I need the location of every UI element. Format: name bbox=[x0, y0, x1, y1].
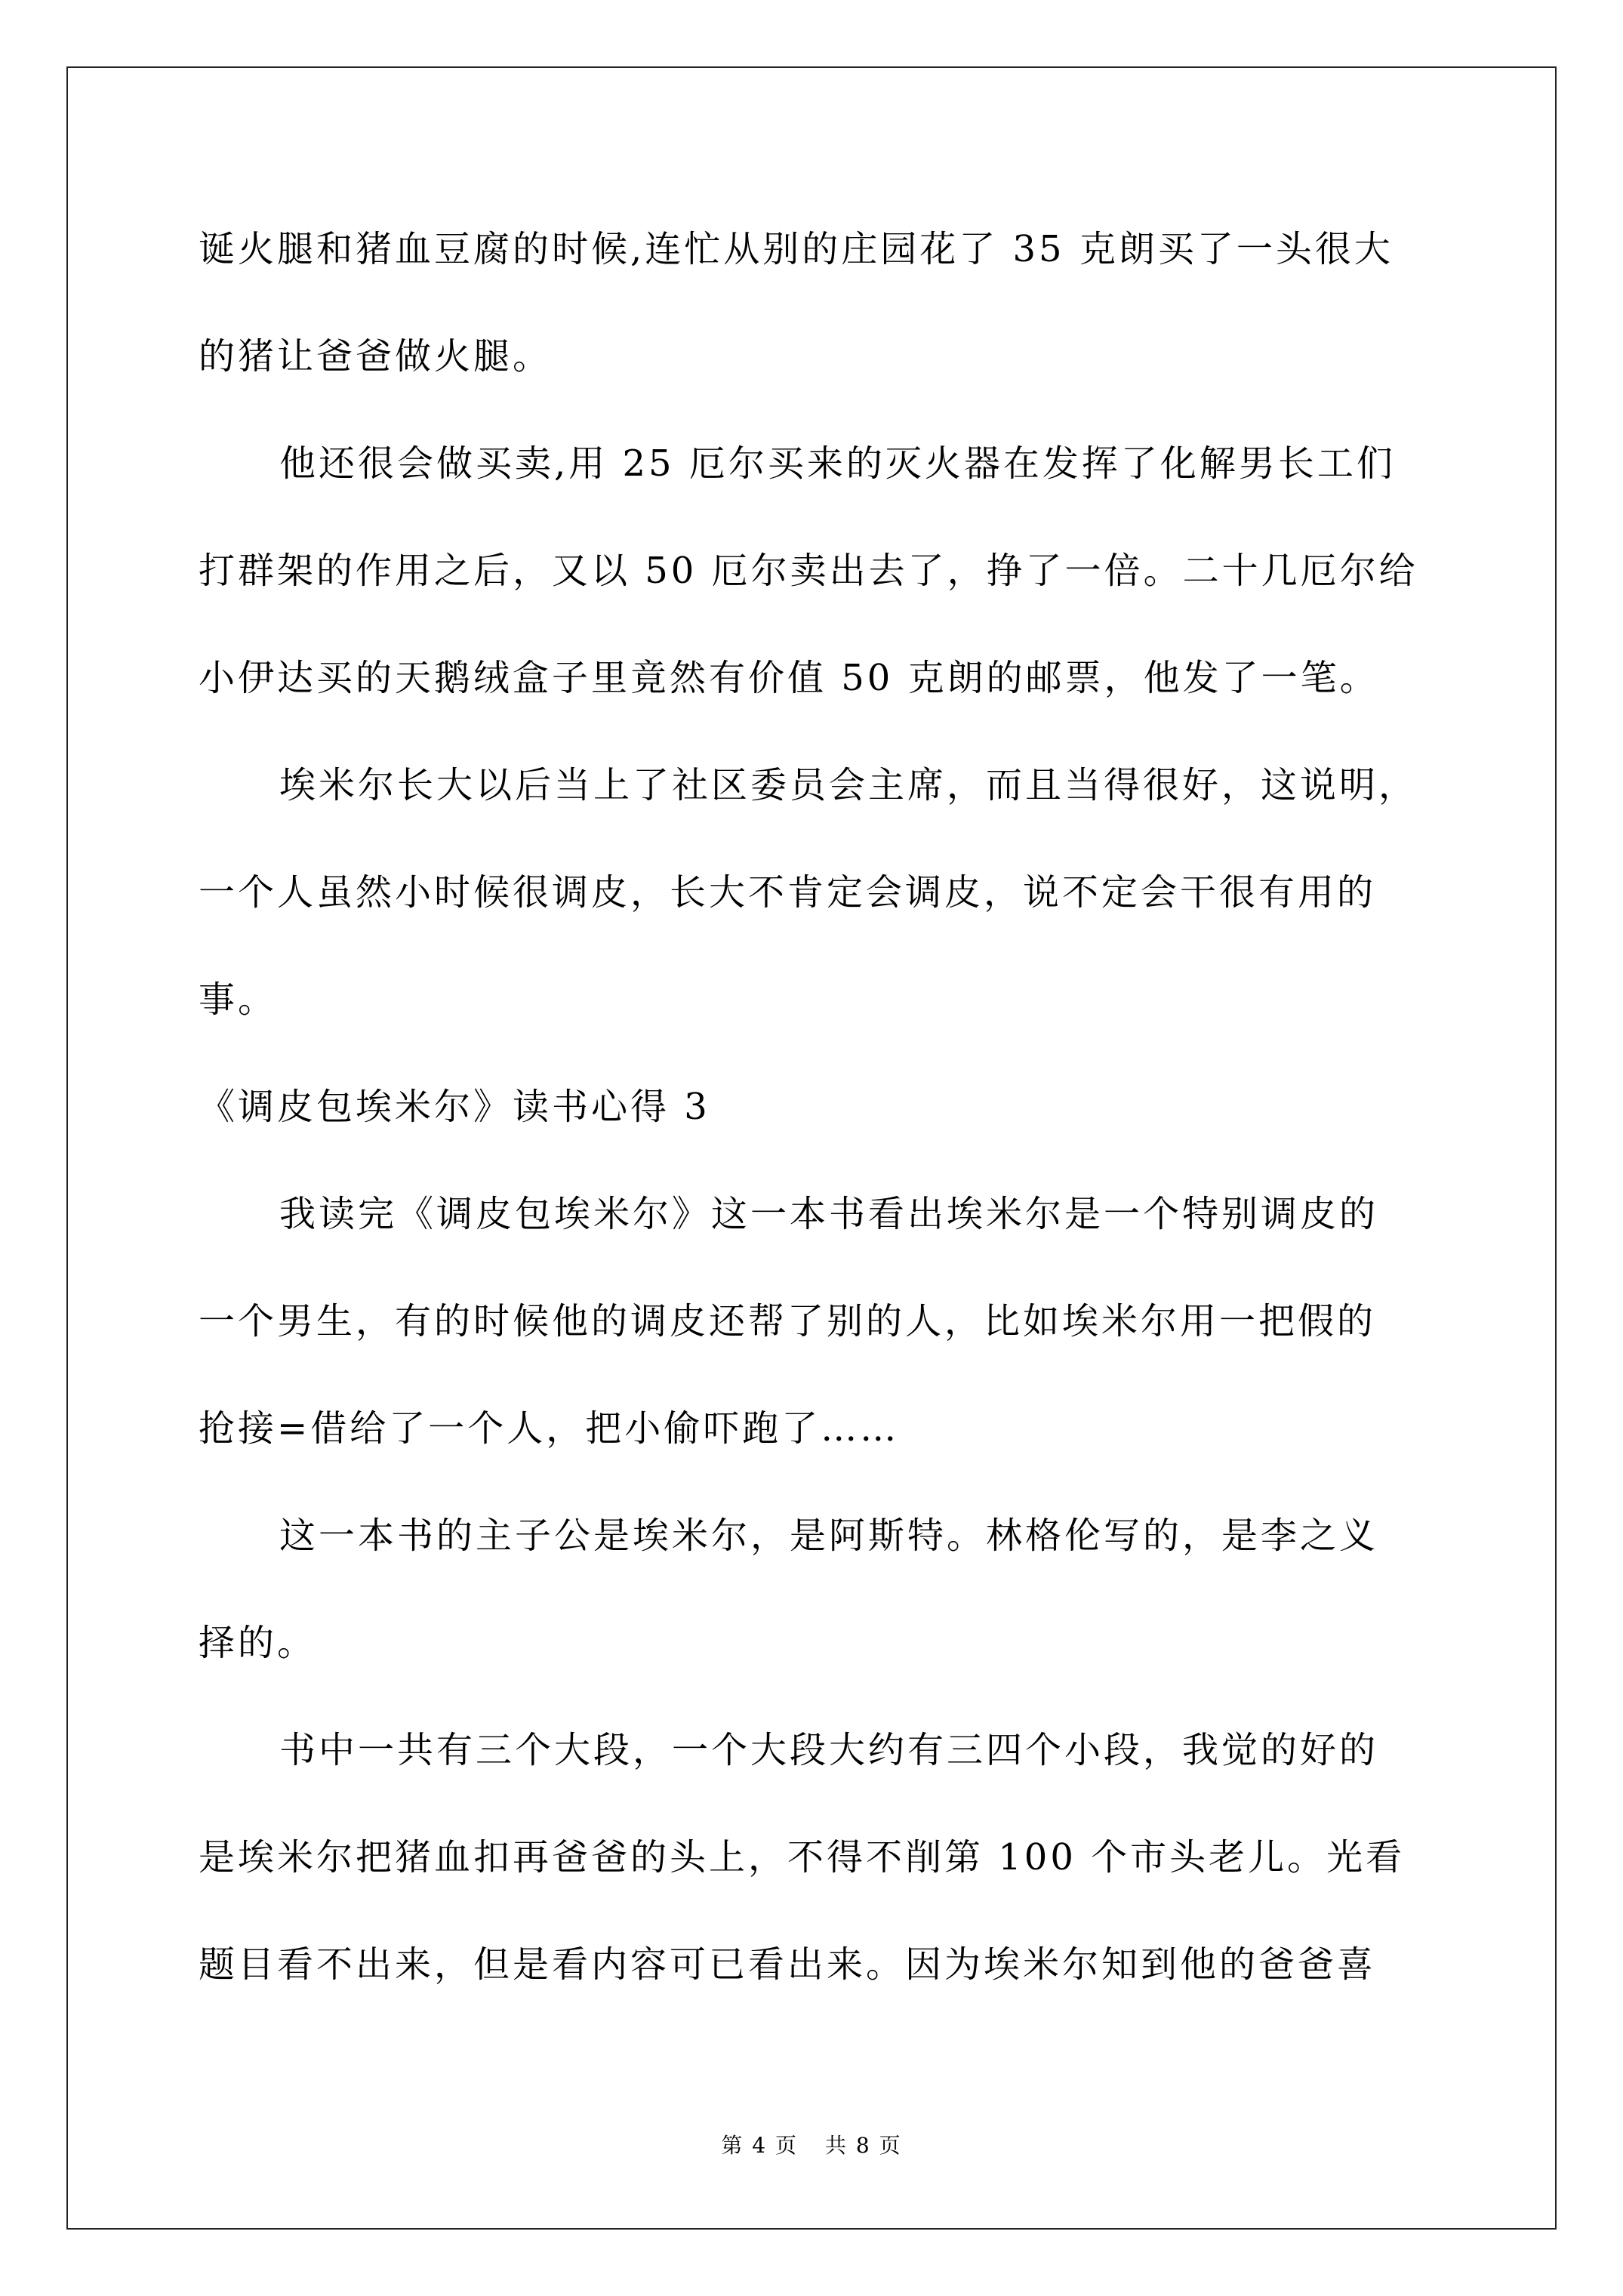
text-line: 一个男生，有的时候他的调皮还帮了别的人，比如埃米尔用一把假的 bbox=[199, 1291, 1429, 1398]
text-line: 书中一共有三个大段，一个大段大约有三四个小段，我觉的好的 bbox=[199, 1720, 1429, 1827]
text-line: 埃米尔长大以后当上了社区委员会主席，而且当得很好，这说明， bbox=[199, 755, 1429, 862]
text-line: 一个人虽然小时候很调皮，长大不肯定会调皮，说不定会干很有用的 bbox=[199, 862, 1429, 969]
text-line: 题目看不出来，但是看内容可已看出来。因为埃米尔知到他的爸爸喜 bbox=[199, 1934, 1429, 2042]
text-line: 他还很会做买卖,用 25 厄尔买来的灭火器在发挥了化解男长工们 bbox=[199, 433, 1429, 541]
text-line: 择的。 bbox=[199, 1613, 1429, 1720]
page-number-current: 第 4 页 bbox=[721, 2129, 798, 2159]
text-line: 事。 bbox=[199, 969, 1429, 1077]
page-number-total: 共 8 页 bbox=[825, 2129, 902, 2159]
text-line: 这一本书的主子公是埃米尔，是阿斯特。林格伦写的，是李之义 bbox=[199, 1505, 1429, 1613]
text-line: 的猪让爸爸做火腿。 bbox=[199, 326, 1429, 433]
text-line: 我读完《调皮包埃米尔》这一本书看出埃米尔是一个特别调皮的 bbox=[199, 1184, 1429, 1291]
text-line: 诞火腿和猪血豆腐的时候,连忙从别的庄园花了 35 克朗买了一头很大 bbox=[199, 219, 1429, 326]
text-line: 抢接=借给了一个人，把小偷吓跑了…… bbox=[199, 1398, 1429, 1505]
section-heading: 《调皮包埃米尔》读书心得 3 bbox=[199, 1077, 1429, 1184]
text-line: 小伊达买的天鹅绒盒子里竟然有价值 50 克朗的邮票，他发了一笔。 bbox=[199, 648, 1429, 755]
text-line: 打群架的作用之后，又以 50 厄尔卖出去了，挣了一倍。二十几厄尔给 bbox=[199, 541, 1429, 648]
page-footer: 第 4 页共 8 页 bbox=[0, 2129, 1623, 2159]
document-body: 诞火腿和猪血豆腐的时候,连忙从别的庄园花了 35 克朗买了一头很大 的猪让爸爸做… bbox=[199, 219, 1429, 2042]
text-line: 是埃米尔把猪血扣再爸爸的头上，不得不削第 100 个市头老儿。光看 bbox=[199, 1827, 1429, 1934]
